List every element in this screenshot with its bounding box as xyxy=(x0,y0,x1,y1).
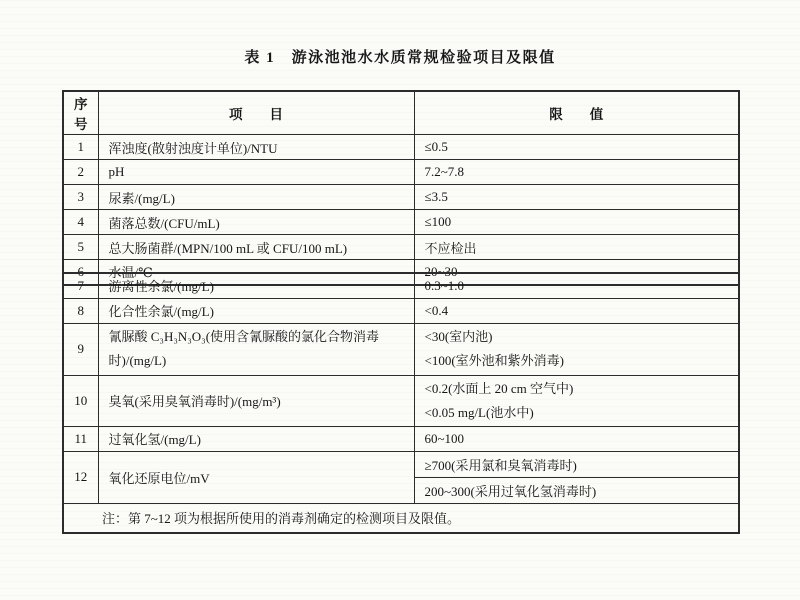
limit-line: <100(室外池和紫外消毒) xyxy=(425,349,731,373)
table-row: 9 氰脲酸 C₃H₃N₃O₃(使用含氰脲酸的氯化合物消毒时)/(mg/L) <3… xyxy=(63,323,739,375)
row-item: 臭氧(采用臭氧消毒时)/(mg/m³) xyxy=(98,375,414,426)
row-no: 8 xyxy=(63,298,98,323)
row-limit: ≤0.5 xyxy=(414,135,739,160)
table-row: 12 氧化还原电位/mV ≥700(采用氯和臭氧消毒时) xyxy=(63,451,739,477)
row-limit: 60~100 xyxy=(414,426,739,451)
row-item: 过氧化氢/(mg/L) xyxy=(98,426,414,451)
table-header-row: 序号 项 目 限 值 xyxy=(63,91,739,135)
header-cell-limit: 限 值 xyxy=(414,91,739,135)
row-limit: <0.2(水面上 20 cm 空气中) <0.05 mg/L(池水中) xyxy=(414,375,739,426)
row-no: 4 xyxy=(63,210,98,235)
row-no: 10 xyxy=(63,375,98,426)
table-row: 2 pH 7.2~7.8 xyxy=(63,160,739,185)
table-row: 7 游离性余氯/(mg/L) 0.3~1.0 xyxy=(63,273,739,298)
limit-line: <30(室内池) xyxy=(425,325,731,349)
table-row: 3 尿素/(mg/L) ≤3.5 xyxy=(63,185,739,210)
table-row: 5 总大肠菌群/(MPN/100 mL 或 CFU/100 mL) 不应检出 xyxy=(63,235,739,260)
row-item: 总大肠菌群/(MPN/100 mL 或 CFU/100 mL) xyxy=(98,235,414,260)
row-no: 1 xyxy=(63,135,98,160)
table-row: 10 臭氧(采用臭氧消毒时)/(mg/m³) <0.2(水面上 20 cm 空气… xyxy=(63,375,739,426)
row-limit: 7.2~7.8 xyxy=(414,160,739,185)
header-cell-no: 序号 xyxy=(63,91,98,135)
row-item: 氧化还原电位/mV xyxy=(98,451,414,503)
row-no: 5 xyxy=(63,235,98,260)
table-note-row: 注：第 7~12 项为根据所使用的消毒剂确定的检测项目及限值。 xyxy=(63,503,739,533)
limit-line: <0.05 mg/L(池水中) xyxy=(425,401,731,425)
row-limit: 不应检出 xyxy=(414,235,739,260)
row-limit: <0.4 xyxy=(414,298,739,323)
water-quality-table-section-2: 7 游离性余氯/(mg/L) 0.3~1.0 8 化合性余氯/(mg/L) <0… xyxy=(62,272,740,534)
header-cell-item: 项 目 xyxy=(98,91,414,135)
row-no: 2 xyxy=(63,160,98,185)
row-no: 7 xyxy=(63,273,98,298)
row-item: pH xyxy=(98,160,414,185)
limit-line: <0.2(水面上 20 cm 空气中) xyxy=(425,377,731,401)
table-row: 1 浑浊度(散射浊度计单位)/NTU ≤0.5 xyxy=(63,135,739,160)
table-row: 11 过氧化氢/(mg/L) 60~100 xyxy=(63,426,739,451)
row-no: 11 xyxy=(63,426,98,451)
table-row: 4 菌落总数/(CFU/mL) ≤100 xyxy=(63,210,739,235)
row-item: 化合性余氯/(mg/L) xyxy=(98,298,414,323)
row-item: 尿素/(mg/L) xyxy=(98,185,414,210)
row-item: 浑浊度(散射浊度计单位)/NTU xyxy=(98,135,414,160)
table-note: 注：第 7~12 项为根据所使用的消毒剂确定的检测项目及限值。 xyxy=(63,503,739,533)
row-item: 氰脲酸 C₃H₃N₃O₃(使用含氰脲酸的氯化合物消毒时)/(mg/L) xyxy=(98,323,414,375)
document-page: 表 1 游泳池池水水质常规检验项目及限值 序号 项 目 限 值 1 浑浊度(散射… xyxy=(0,0,800,600)
row-limit: ≤100 xyxy=(414,210,739,235)
row-limit: ≤3.5 xyxy=(414,185,739,210)
page-title: 表 1 游泳池池水水质常规检验项目及限值 xyxy=(62,46,738,67)
row-no: 9 xyxy=(63,323,98,375)
row-limit: ≥700(采用氯和臭氧消毒时) xyxy=(414,451,739,477)
table-row: 8 化合性余氯/(mg/L) <0.4 xyxy=(63,298,739,323)
water-quality-table-section-1: 序号 项 目 限 值 1 浑浊度(散射浊度计单位)/NTU ≤0.5 2 pH … xyxy=(62,90,740,286)
row-limit: 200~300(采用过氧化氢消毒时) xyxy=(414,477,739,503)
row-item: 菌落总数/(CFU/mL) xyxy=(98,210,414,235)
row-no: 12 xyxy=(63,451,98,503)
row-item-text: 氰脲酸 C₃H₃N₃O₃(使用含氰脲酸的氯化合物消毒时)/(mg/L) xyxy=(109,325,406,373)
row-no: 3 xyxy=(63,185,98,210)
row-item: 游离性余氯/(mg/L) xyxy=(98,273,414,298)
row-limit: 0.3~1.0 xyxy=(414,273,739,298)
row-limit: <30(室内池) <100(室外池和紫外消毒) xyxy=(414,323,739,375)
